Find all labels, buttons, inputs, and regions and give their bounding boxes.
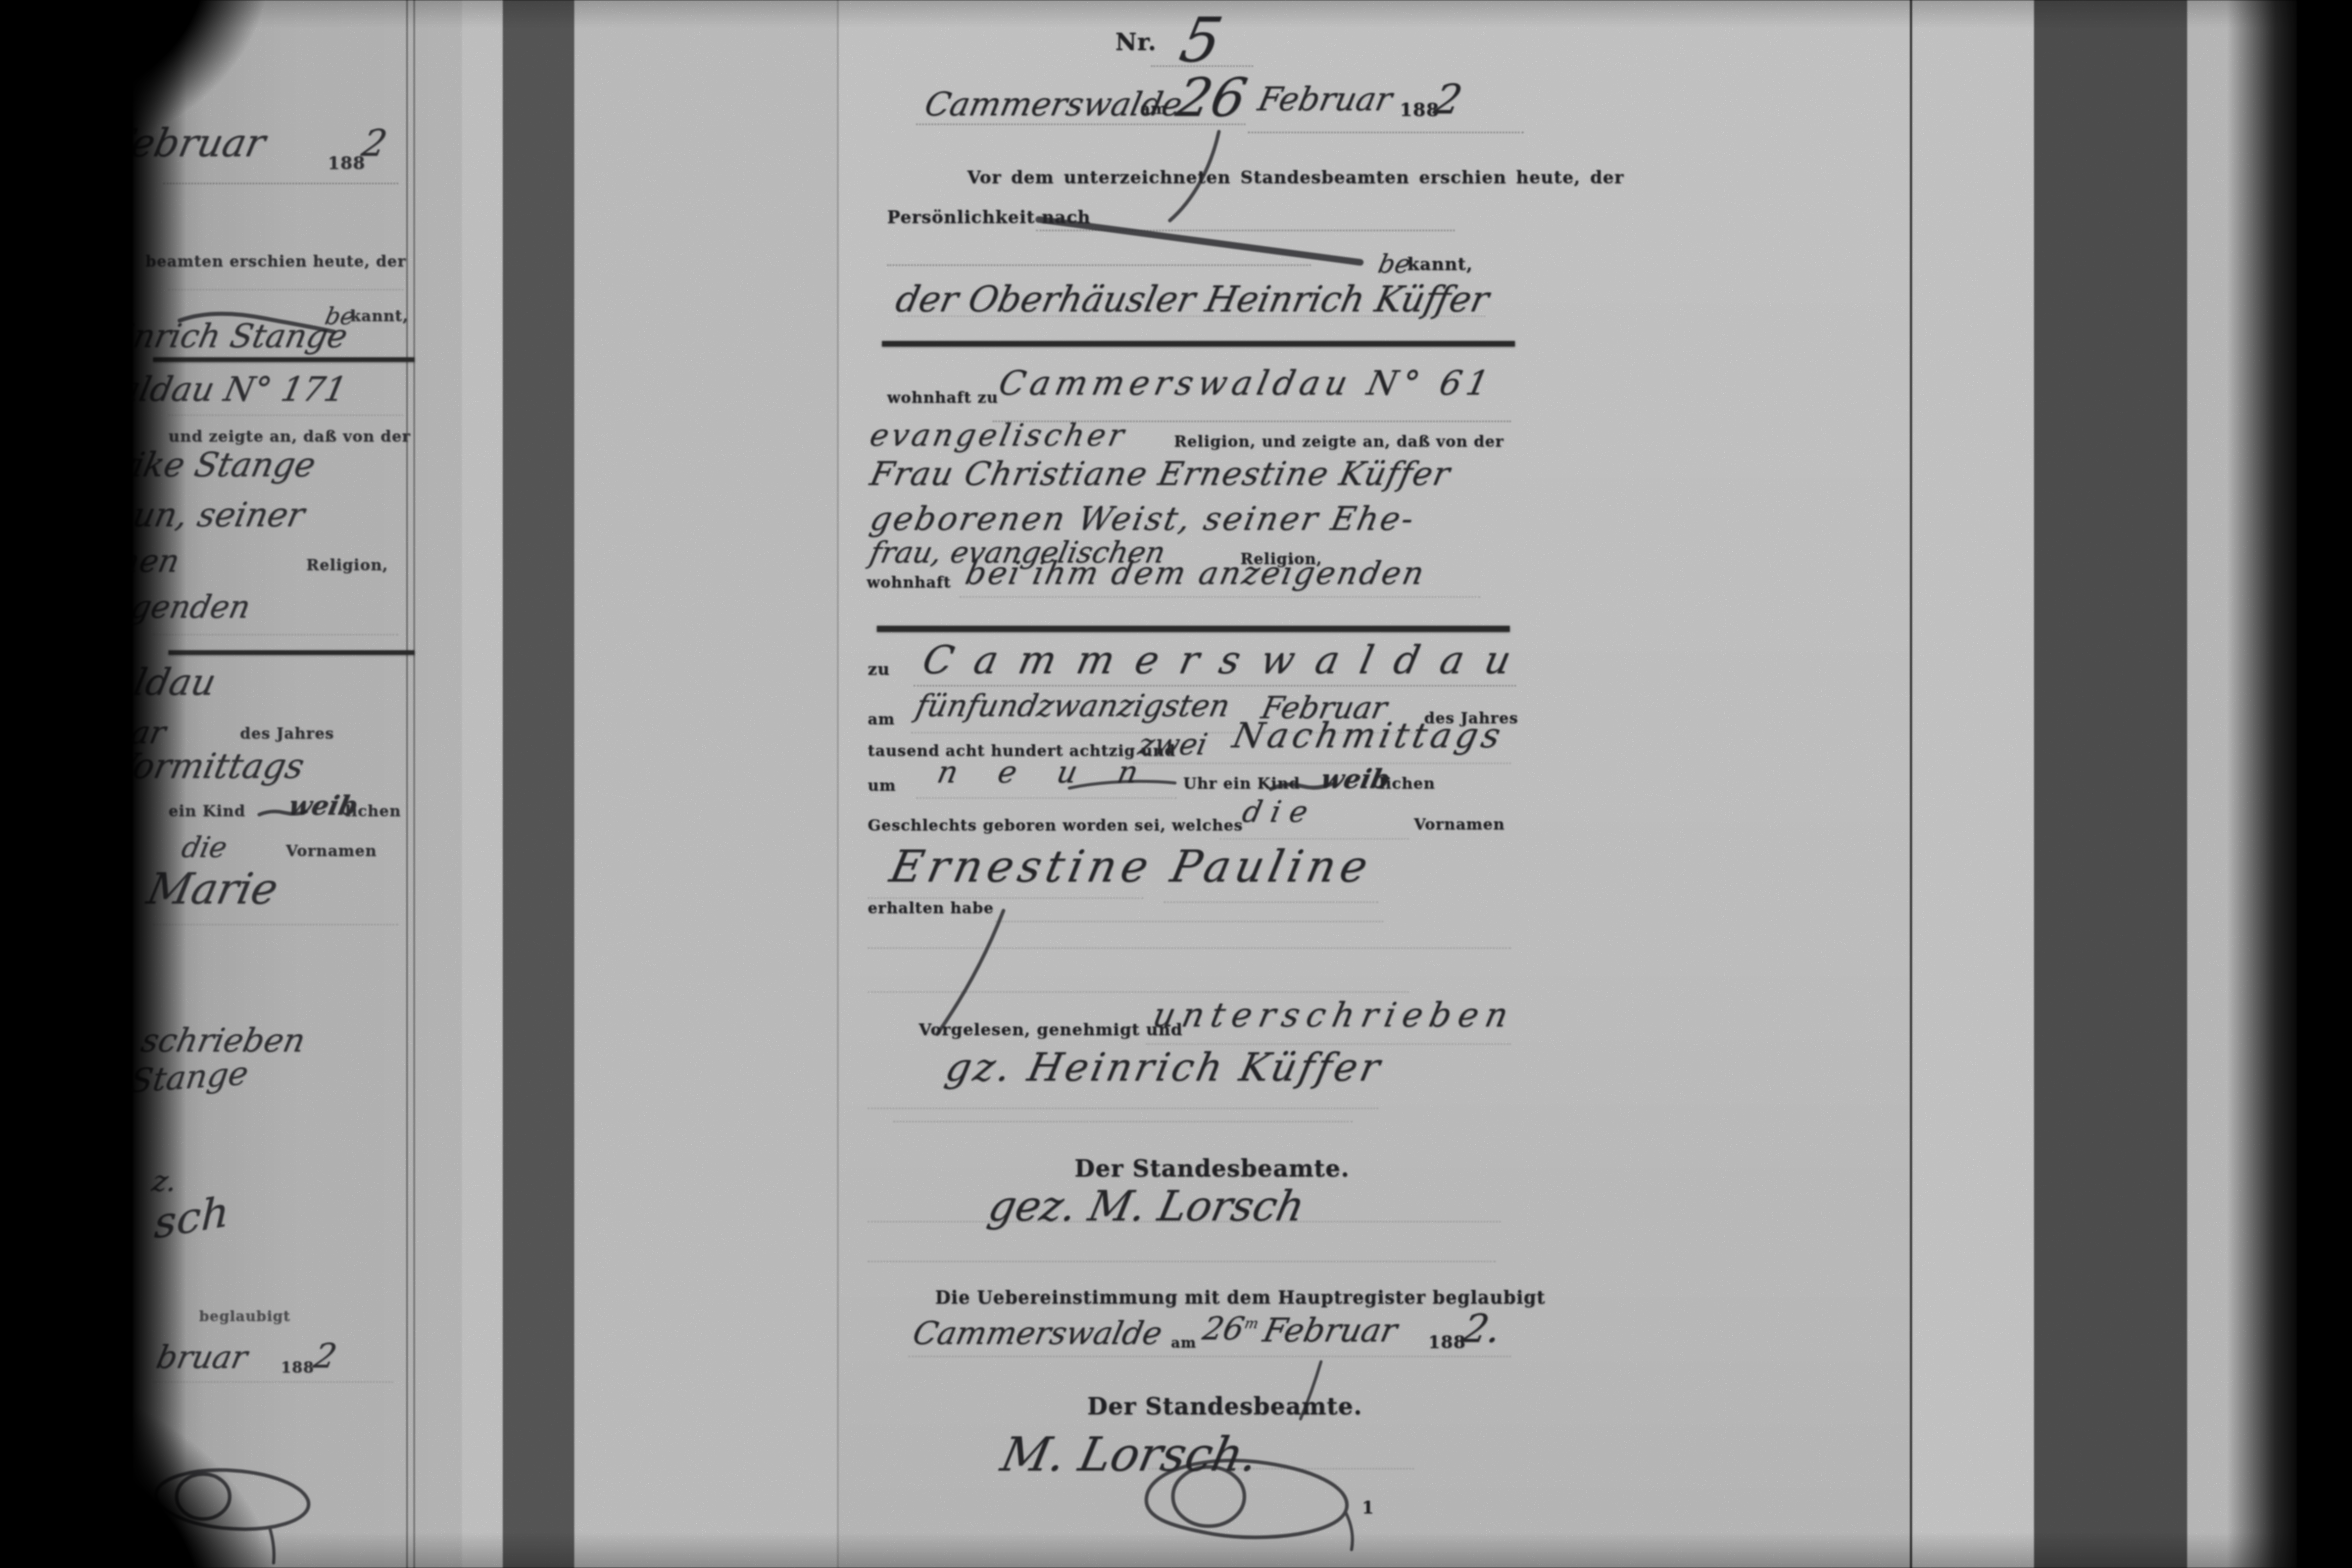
left-sex-word-strikethrough [259,812,306,815]
officer-paraph-oval [1146,1460,1347,1537]
officer-paraph-inner-loop [1173,1467,1244,1526]
officer-paraph-tail [1345,1512,1353,1550]
left-blank-cancel-stroke [180,314,334,332]
left-paraph-tail [269,1527,274,1563]
day-descender-stroke [1170,132,1219,220]
microfilm-register-scan: Februar 188 2 beamten erschien heute, de… [0,0,2352,1568]
pen-strokes-layer [0,0,2352,1568]
cert-month-descender [1301,1362,1321,1419]
photograph-layer: Februar 188 2 beamten erschien heute, de… [0,0,2352,1568]
hour-connector-stroke [1069,781,1175,788]
sex-word-strikethrough [1271,784,1331,789]
blank-slash-stroke [937,911,1003,1034]
blank-cancel-stroke [1039,219,1360,262]
left-paraph-inner-loop [177,1474,230,1519]
